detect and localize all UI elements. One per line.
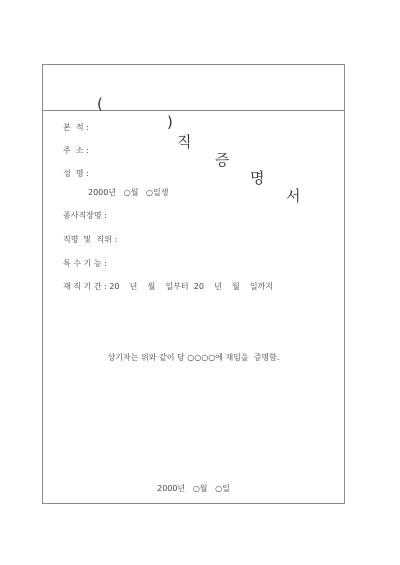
field-workplace: 종사직장명 :: [63, 210, 107, 221]
field-special-skills: 특 수 기 능 :: [63, 258, 107, 269]
title-paren-close: ): [167, 113, 173, 131]
field-employment-period: 재 직 기 간 : 20 년 월 일부터 20 년 월 일까지: [63, 281, 273, 292]
title-paren-open: (: [97, 95, 103, 113]
field-name: 성 명 :: [63, 168, 89, 179]
title-char: 증: [215, 149, 230, 170]
title-char: 직: [177, 131, 192, 152]
title-char: 명: [250, 167, 265, 188]
title-row: ( ) 직 증 명 서: [43, 65, 344, 111]
field-domicile: 본 적 :: [63, 122, 89, 133]
field-address: 주 소 :: [63, 145, 89, 156]
issue-date: 2000년 ○월 ○일: [43, 483, 344, 494]
birth-date-line: 2000년 ○월 ○일생: [88, 187, 169, 198]
certificate-form: ( ) 직 증 명 서 본 적 : 주 소 : 성 명 : 2000년 ○월 ○…: [42, 64, 345, 504]
title-char: 서: [286, 185, 301, 206]
certification-statement: 상기자는 위와 같이 당 ○○○○에 재임을 증명함.: [43, 352, 344, 363]
field-position: 직명 및 직위 :: [63, 234, 117, 245]
